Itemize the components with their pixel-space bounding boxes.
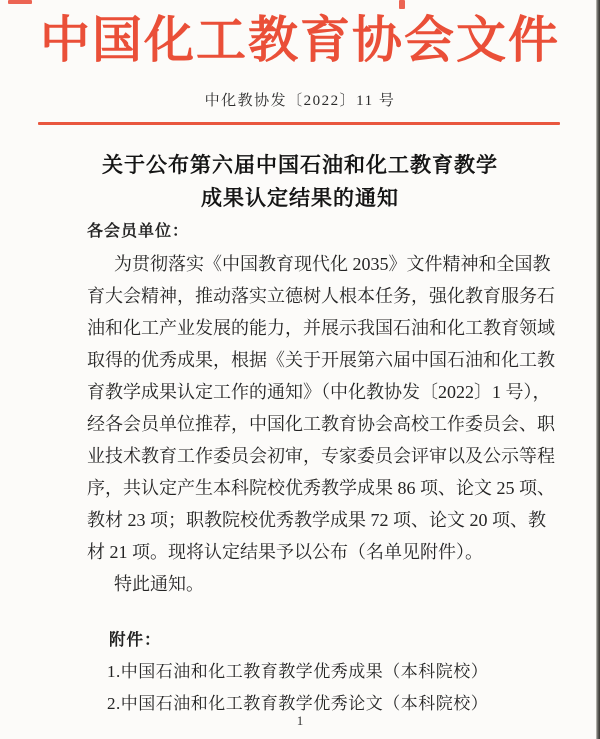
closing-line: 特此通知。 [87, 568, 535, 600]
attachment-item: 1.中国石油和化工教育教学优秀成果（本科院校） [87, 656, 535, 688]
notice-title-line2: 成果认定结果的通知 [0, 182, 600, 215]
body-line: 材 21 项。现将认定结果予以公布（名单见附件）。 [87, 536, 535, 568]
body-line: 育大会精神，推动落实立德树人根本任务，强化教育服务石 [87, 280, 535, 312]
body-line: 经各会员单位推荐，中国化工教育协会高校工作委员会、职 [87, 408, 535, 440]
red-bleed-mark-left [8, 0, 32, 4]
body-line: 为贯彻落实《中国教育现代化 2035》文件精神和全国教 [87, 248, 535, 280]
letterhead-org-title: 中国化工教育协会文件 [0, 8, 600, 72]
notice-title: 关于公布第六届中国石油和化工教育教学 成果认定结果的通知 [0, 149, 600, 215]
page-number: 1 [0, 713, 600, 729]
document-number: 中化教协发〔2022〕11 号 [0, 91, 600, 111]
red-divider-rule [38, 122, 560, 125]
body-line: 教材 23 项；职教院校优秀教学成果 72 项、论文 20 项、教 [87, 504, 535, 536]
body-line: 取得的优秀成果，根据《关于开展第六届中国石油和化工教 [87, 344, 535, 376]
body-line: 业技术教育工作委员会初审，专家委员会评审以及公示等程 [87, 440, 535, 472]
body-line: 序，共认定产生本科院校优秀教学成果 86 项、论文 25 项、 [87, 472, 535, 504]
body-line: 油和化工产业发展的能力，并展示我国石油和化工教育领域 [87, 312, 535, 344]
notice-title-line1: 关于公布第六届中国石油和化工教育教学 [0, 149, 600, 182]
document-page: 中国化工教育协会文件 中化教协发〔2022〕11 号 关于公布第六届中国石油和化… [0, 0, 600, 739]
body-line: 育教学成果认定工作的通知》（中化教协发〔2022〕1 号）， [87, 376, 535, 408]
salutation: 各会员单位： [87, 216, 535, 248]
attachments-section: 附件： 1.中国石油和化工教育教学优秀成果（本科院校） 2.中国石油和化工教育教… [87, 624, 535, 720]
attachments-label: 附件： [87, 624, 535, 656]
notice-body: 各会员单位： 为贯彻落实《中国教育现代化 2035》文件精神和全国教 育大会精神… [87, 216, 535, 720]
